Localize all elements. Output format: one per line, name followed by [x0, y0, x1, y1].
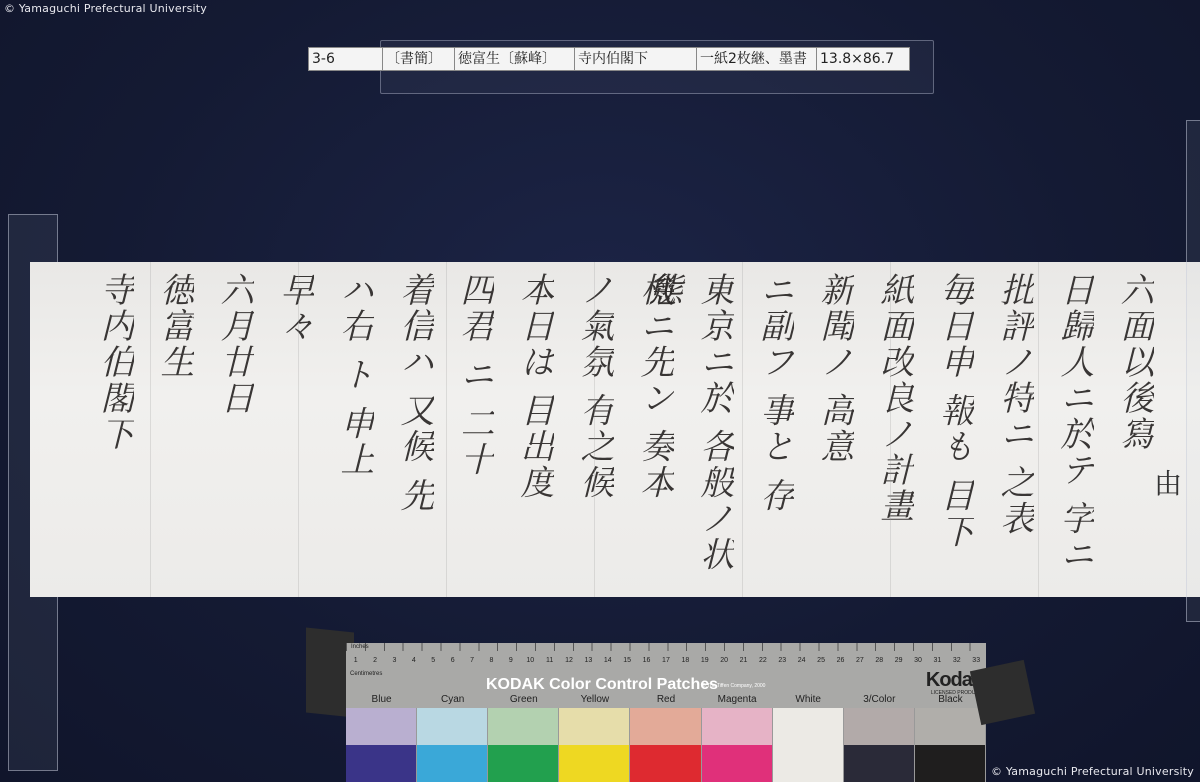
color-patch-white [773, 708, 844, 782]
patch-label: Green [488, 694, 559, 705]
paper-fold [594, 262, 595, 597]
color-patch-black [915, 708, 986, 782]
label-cell: 13.8×86.7 [817, 48, 909, 70]
patch-label: 3/Color [844, 694, 915, 705]
acrylic-weight-right [1186, 120, 1200, 622]
cm-tick: 24 [792, 657, 811, 669]
cm-tick: 14 [598, 657, 617, 669]
calligraphy-column: ノ氣氛 有之候 [560, 262, 620, 597]
paper-fold [1038, 262, 1039, 597]
kodak-title: KODAK Color Control Patches [486, 676, 718, 694]
color-patch-green [488, 708, 559, 782]
calligraphy-column: 寺内伯閣下 [80, 262, 140, 597]
cm-tick: 21 [734, 657, 753, 669]
cm-label: Centimetres [350, 671, 382, 677]
calligraphy-text: 六面以後寫日歸人ニ於テ 字ニ批評ノ特ニ 之表毎日申 報も 目下紙面改良ノ計畫新聞… [80, 262, 1160, 597]
cm-tick: 10 [521, 657, 540, 669]
inches-label: Inches [351, 644, 369, 650]
calligraphy-column: 六面以後寫 [1100, 262, 1160, 597]
calligraphy-column: ハ右 ト 申上 [320, 262, 380, 597]
calligraphy-column: ニ副フ 事と 存 [740, 262, 800, 597]
cm-tick: 15 [617, 657, 636, 669]
cm-tick: 2 [365, 657, 384, 669]
color-patch-blue [346, 708, 417, 782]
paper-fold [742, 262, 743, 597]
calligraphy-column: 新聞ノ 高意 [800, 262, 860, 597]
calligraphy-column: 日歸人ニ於テ 字ニ [1040, 262, 1100, 597]
cm-tick: 16 [637, 657, 656, 669]
calligraphy-column: 徳富生 [140, 262, 200, 597]
copyright-bottom: © Yamaguchi Prefectural University [991, 765, 1194, 778]
copyright-top: © Yamaguchi Prefectural University [4, 2, 207, 15]
cm-tick: 32 [947, 657, 966, 669]
side-mark: 由 [1154, 462, 1182, 502]
calligraphy-column: 毎日申 報も 目下 [920, 262, 980, 597]
cm-tick: 30 [908, 657, 927, 669]
cm-tick: 28 [870, 657, 889, 669]
paper-fold [150, 262, 151, 597]
patch-labels: BlueCyanGreenYellowRedMagentaWhite3/Colo… [346, 694, 986, 705]
cm-tick: 18 [676, 657, 695, 669]
label-cell: 寺内伯閣下 [575, 48, 697, 70]
paper-fold [446, 262, 447, 597]
cm-tick: 13 [579, 657, 598, 669]
cm-tick: 31 [928, 657, 947, 669]
color-patches [346, 708, 986, 782]
cm-tick: 7 [462, 657, 481, 669]
calligraphy-column: 批評ノ特ニ 之表 [980, 262, 1040, 597]
color-patch-cyan [417, 708, 488, 782]
color-patch-magenta [702, 708, 773, 782]
cm-ticks: 1234567891011121314151617181920212223242… [346, 657, 986, 669]
calligraphy-column: 六月廿日 [200, 262, 260, 597]
paper-fold [890, 262, 891, 597]
patch-label: Blue [346, 694, 417, 705]
calligraphy-column: 着信ハ 又候 先 [380, 262, 440, 597]
cm-tick: 1 [346, 657, 365, 669]
cm-tick: 25 [811, 657, 830, 669]
cm-tick: 5 [424, 657, 443, 669]
cm-tick: 29 [889, 657, 908, 669]
calligraphy-column: 機ニ先ン 奏本 [620, 262, 680, 597]
label-cell: 徳富生〔蘇峰〕 [455, 48, 575, 70]
label-cell: 〔書簡〕 [383, 48, 455, 70]
calligraphy-column: 早々 [260, 262, 320, 597]
cm-tick: 22 [753, 657, 772, 669]
cm-tick: 4 [404, 657, 423, 669]
cm-tick: 27 [850, 657, 869, 669]
cm-tick: 33 [967, 657, 986, 669]
patch-label: White [773, 694, 844, 705]
patch-label: Cyan [417, 694, 488, 705]
cm-tick: 9 [501, 657, 520, 669]
color-patch-yellow [559, 708, 630, 782]
cm-tick: 20 [714, 657, 733, 669]
cm-tick: 17 [656, 657, 675, 669]
cm-tick: 6 [443, 657, 462, 669]
cm-tick: 23 [773, 657, 792, 669]
paper-fold [298, 262, 299, 597]
calligraphy-column: 本日は 目出度 [500, 262, 560, 597]
calligraphy-column: 東京ニ於 各般ノ状態 [680, 262, 740, 597]
label-cell: 一紙2枚継、墨書 [697, 48, 817, 70]
patch-label: Yellow [559, 694, 630, 705]
cm-tick: 11 [540, 657, 559, 669]
patch-label: Red [630, 694, 701, 705]
cm-tick: 19 [695, 657, 714, 669]
kodak-color-target: Inches 123456789101112131415161718192021… [346, 643, 986, 782]
scroll-letter: 六面以後寫日歸人ニ於テ 字ニ批評ノ特ニ 之表毎日申 報も 目下紙面改良ノ計畫新聞… [30, 262, 1200, 597]
cm-tick: 26 [831, 657, 850, 669]
cm-tick: 3 [385, 657, 404, 669]
color-patch-red [630, 708, 701, 782]
cm-tick: 12 [559, 657, 578, 669]
patch-label: Magenta [702, 694, 773, 705]
tape-right [970, 660, 1035, 725]
kodak-copyright: © The Tiffen Company, 2000 [702, 683, 765, 689]
calligraphy-column: 四君 ニ 二十 [440, 262, 500, 597]
color-patch-3-color [844, 708, 915, 782]
catalog-label-strip: 3-6〔書簡〕徳富生〔蘇峰〕寺内伯閣下一紙2枚継、墨書13.8×86.7 [308, 47, 910, 71]
label-cell: 3-6 [309, 48, 383, 70]
cm-tick: 8 [482, 657, 501, 669]
